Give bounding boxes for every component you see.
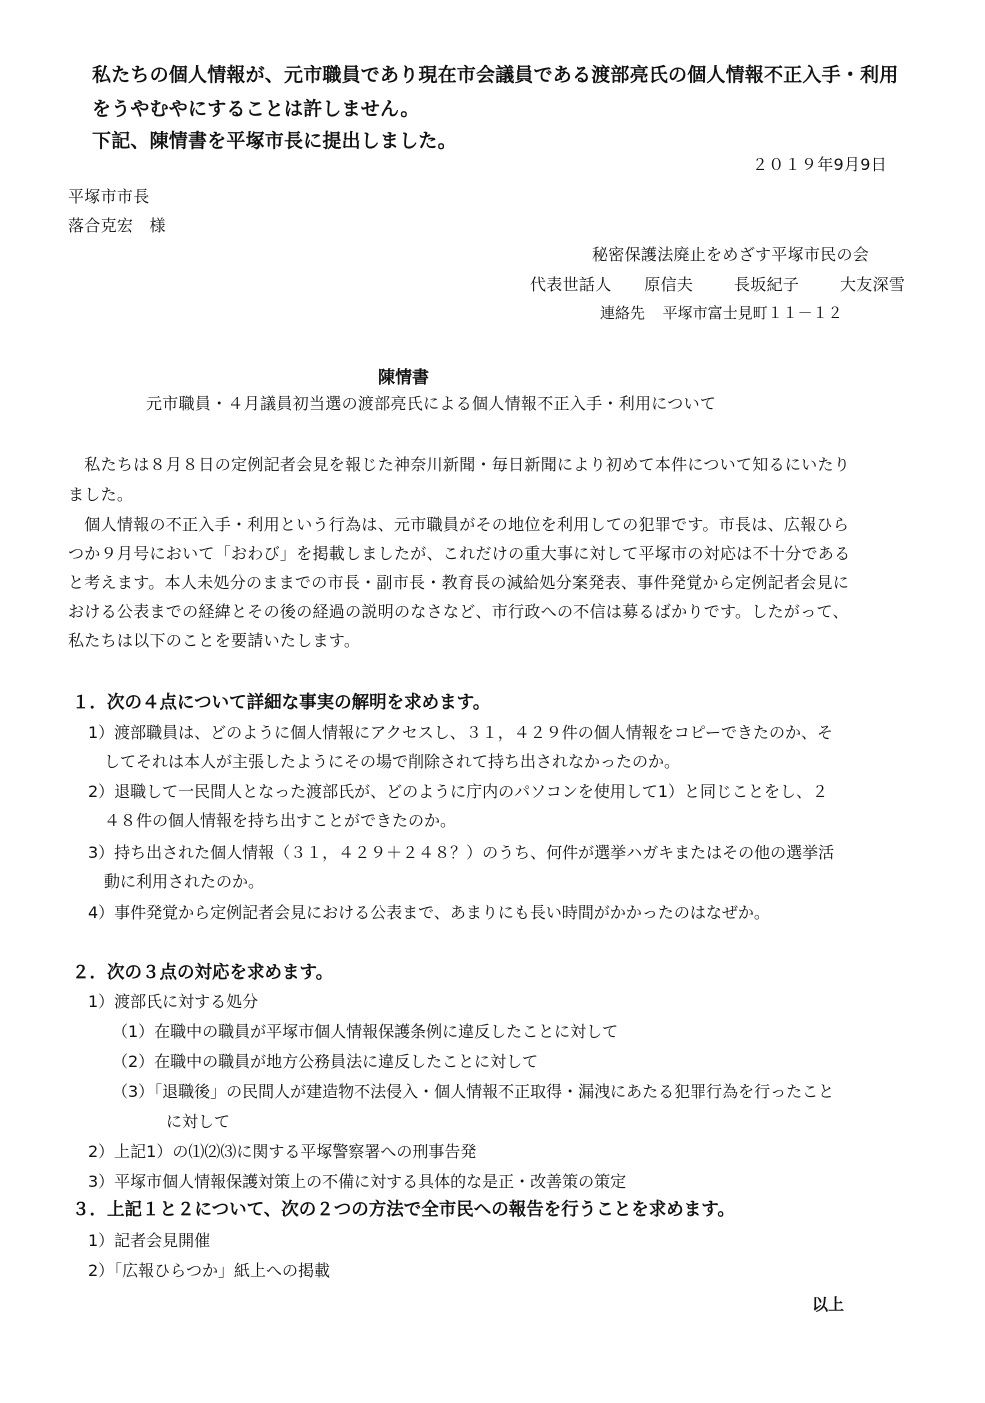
document-title: 陳情書 (378, 363, 429, 388)
representative-2: 長坂紀子 (734, 275, 799, 294)
section-1-item-2-line-1: 2）退職して一民間人となった渡部氏が、どのように庁内のパソコンを使用して1）と同… (88, 779, 828, 802)
body-line: つか９月号において「おわび」を掲載しましたが、これだけの重大事に対して平塚市の対… (68, 541, 850, 564)
body-line: おける公表までの経緯とその後の経過の説明のなさなど、市行政への不信は募るばかりで… (68, 599, 849, 622)
section-1-heading: １．次の４点について詳細な事実の解明を求めます。 (72, 689, 490, 714)
section-1-item-3-line-1: 3）持ち出された個人情報（３１，４２９＋２４８？）のうち、何件が選挙ハガキまたは… (88, 840, 834, 863)
section-2-subitem-1: （1）在職中の職員が平塚市個人情報保護条例に違反したことに対して (112, 1019, 618, 1042)
sender-contact: 連絡先 平塚市富士見町１１－１２ (600, 302, 843, 323)
section-3-item-1: 1）記者会見開催 (88, 1228, 210, 1251)
representative-1: 原信夫 (644, 275, 693, 294)
section-2-item-2: 2）上記1）の⑴⑵⑶に関する平塚警察署への刑事告発 (88, 1139, 476, 1162)
sender-representatives: 代表世話人 原信夫 長坂紀子 大友深雪 (530, 272, 905, 295)
section-2-subitem-2: （2）在職中の職員が地方公務員法に違反したことに対して (112, 1049, 538, 1072)
closing: 以上 (812, 1292, 844, 1315)
contact-address: 平塚市富士見町１１－１２ (663, 304, 843, 322)
sender-organization: 秘密保護法廃止をめざす平塚市民の会 (592, 242, 869, 265)
letter-date: ２０１９年9月9日 (752, 152, 887, 175)
section-2-item-3: 3）平塚市個人情報保護対策上の不備に対する具体的な是正・改善策の策定 (88, 1169, 626, 1192)
section-2-subitem-3-line-1: （3）「退職後」の民間人が建造物不法侵入・個人情報不正取得・漏洩にあたる犯罪行為… (112, 1079, 834, 1102)
section-2-heading: ２．次の３点の対応を求めます。 (72, 959, 333, 984)
section-3-item-2: 2）「広報ひらつか」紙上への掲載 (88, 1258, 330, 1281)
body-line: 個人情報の不正入手・利用という行為は、元市職員がその地位を利用しての犯罪です。市… (68, 512, 849, 535)
body-line: 私たちは８月８日の定例記者会見を報じた神奈川新聞・毎日新聞により初めて本件につい… (68, 452, 850, 475)
section-1-item-1-line-1: 1）渡部職員は、どのように個人情報にアクセスし、３１，４２９件の個人情報をコピー… (88, 720, 833, 743)
representative-3: 大友深雪 (840, 275, 905, 294)
body-line: ました。 (68, 482, 133, 505)
body-line: と考えます。本人未処分のままでの市長・副市長・教育長の減給処分案発表、事件発覚か… (68, 570, 849, 593)
section-2-subitem-3-line-2: に対して (166, 1109, 230, 1132)
document-subtitle: 元市職員・４月議員初当選の渡部亮氏による個人情報不正入手・利用について (146, 391, 716, 414)
section-3-heading: ３．上記１と２について、次の２つの方法で全市民への報告を行うことを求めます。 (72, 1196, 735, 1221)
section-1-item-4: 4）事件発覚から定例記者会見における公表まで、あまりにも長い時間がかかったのはな… (88, 900, 770, 923)
intro-line-2: をうやむやにすることは許しません。 (92, 94, 420, 121)
section-1-item-2-line-2: ４８件の個人情報を持ち出すことができたのか。 (88, 808, 456, 831)
section-2-item-1: 1）渡部氏に対する処分 (88, 989, 258, 1012)
intro-line-1: 私たちの個人情報が、元市職員であり現在市会議員である渡部亮氏の個人情報不正入手・… (92, 60, 898, 87)
intro-line-3: 下記、陳情書を平塚市長に提出しました。 (92, 126, 457, 153)
representatives-label: 代表世話人 (530, 275, 612, 294)
recipient-title: 平塚市市長 (68, 184, 150, 207)
contact-label: 連絡先 (600, 304, 645, 322)
section-1-item-3-line-2: 動に利用されたのか。 (88, 869, 264, 892)
body-line: 私たちは以下のことを要請いたします。 (68, 628, 360, 651)
section-1-item-1-line-2: してそれは本人が主張したようにその場で削除されて持ち出されなかったのか。 (88, 749, 680, 772)
recipient-name: 落合克宏 様 (68, 213, 166, 236)
